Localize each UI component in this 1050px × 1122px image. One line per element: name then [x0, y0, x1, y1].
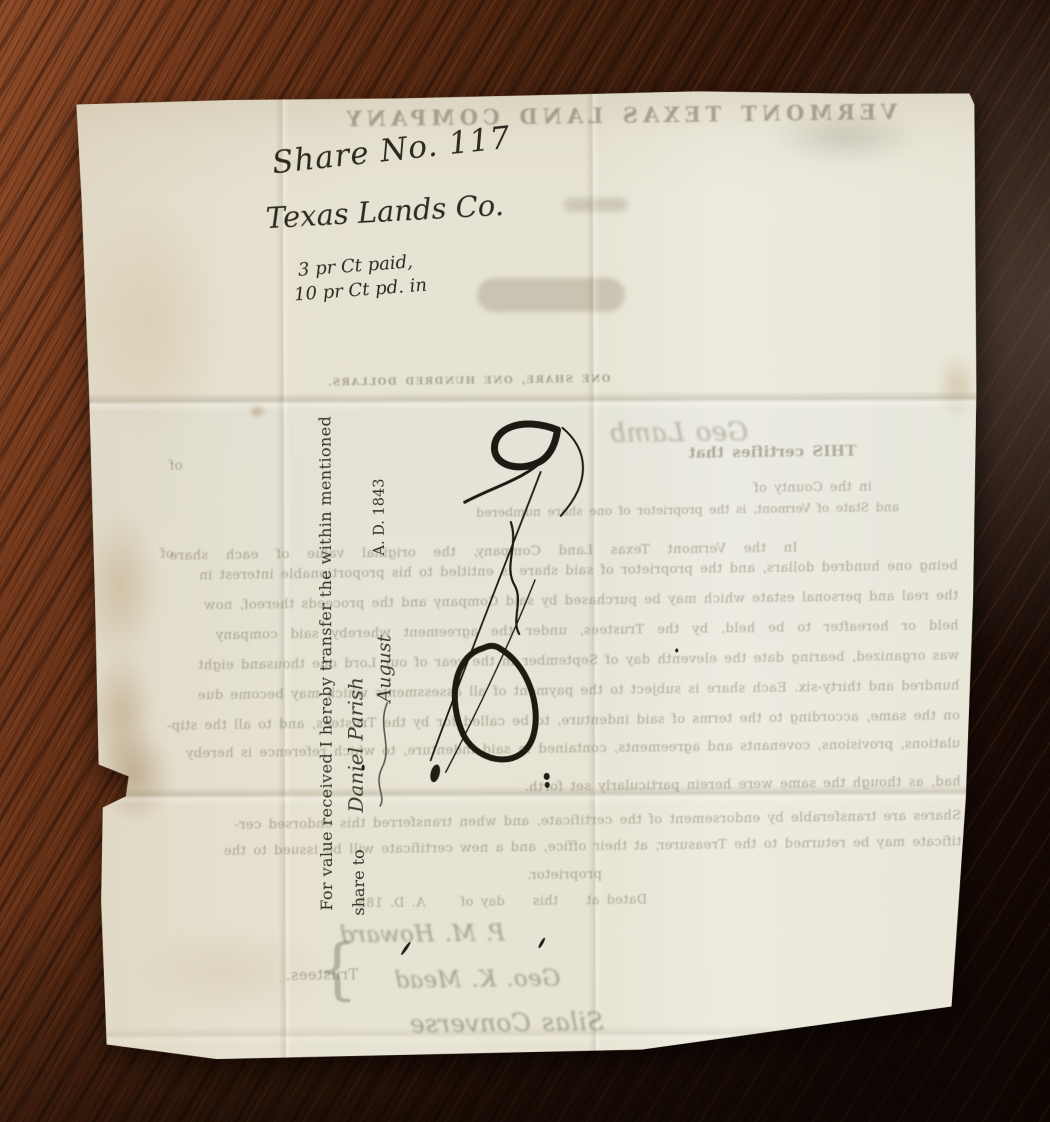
transfer-month-script: August [373, 604, 395, 702]
ink-speck [75, 532, 79, 540]
transfer-share-to-label: share to [349, 824, 368, 916]
bleed-trustees-label: Trustees. [263, 967, 358, 984]
ink-blot [545, 782, 550, 788]
bleed-body-line: Shares are transferable by endorsement o… [139, 808, 961, 834]
transfer-year: A. D. 1843 [372, 457, 388, 555]
ink-speck [675, 648, 678, 652]
photo-of-document: VERMONT TEXAS LAND COMPANY ONE SHARE, ON… [0, 0, 1050, 1122]
transfer-clause-vertical: For value received I hereby transfer the… [316, 449, 337, 911]
recipient-name-script: Daniel Parish [343, 581, 368, 813]
bleed-title: VERMONT TEXAS LAND COMPANY [287, 98, 952, 132]
paper-sheet-wrapper: VERMONT TEXAS LAND COMPANY ONE SHARE, ON… [71, 90, 979, 1061]
bleed-dated-line: Dated at this day of A. D. 183 [372, 892, 647, 911]
transfer-signature-flourish [422, 420, 653, 801]
bleed-body-line: THIS certifies that [676, 442, 856, 462]
bleed-body-line: tificate may be returned to the Treasure… [139, 834, 961, 860]
bleed-body-line: in the County of [712, 479, 872, 496]
bleed-trustee-signature: P. M. Howard [345, 920, 505, 948]
ink-blot [544, 773, 550, 780]
handwritten-flourish-stroke [371, 698, 397, 810]
bleed-trustee-signature: Geo. K. Mead [360, 966, 560, 995]
bleed-trustee-signature: Silas Converse [354, 1007, 604, 1039]
bleed-body-line: proprietor. [232, 867, 602, 887]
paper-sheet: VERMONT TEXAS LAND COMPANY ONE SHARE, ON… [71, 90, 979, 1061]
ink-speck [362, 765, 365, 771]
bleed-denomination: ONE SHARE, ONE HUNDRED DOLLARS. [410, 374, 610, 388]
bleed-body-line: of [148, 458, 182, 473]
